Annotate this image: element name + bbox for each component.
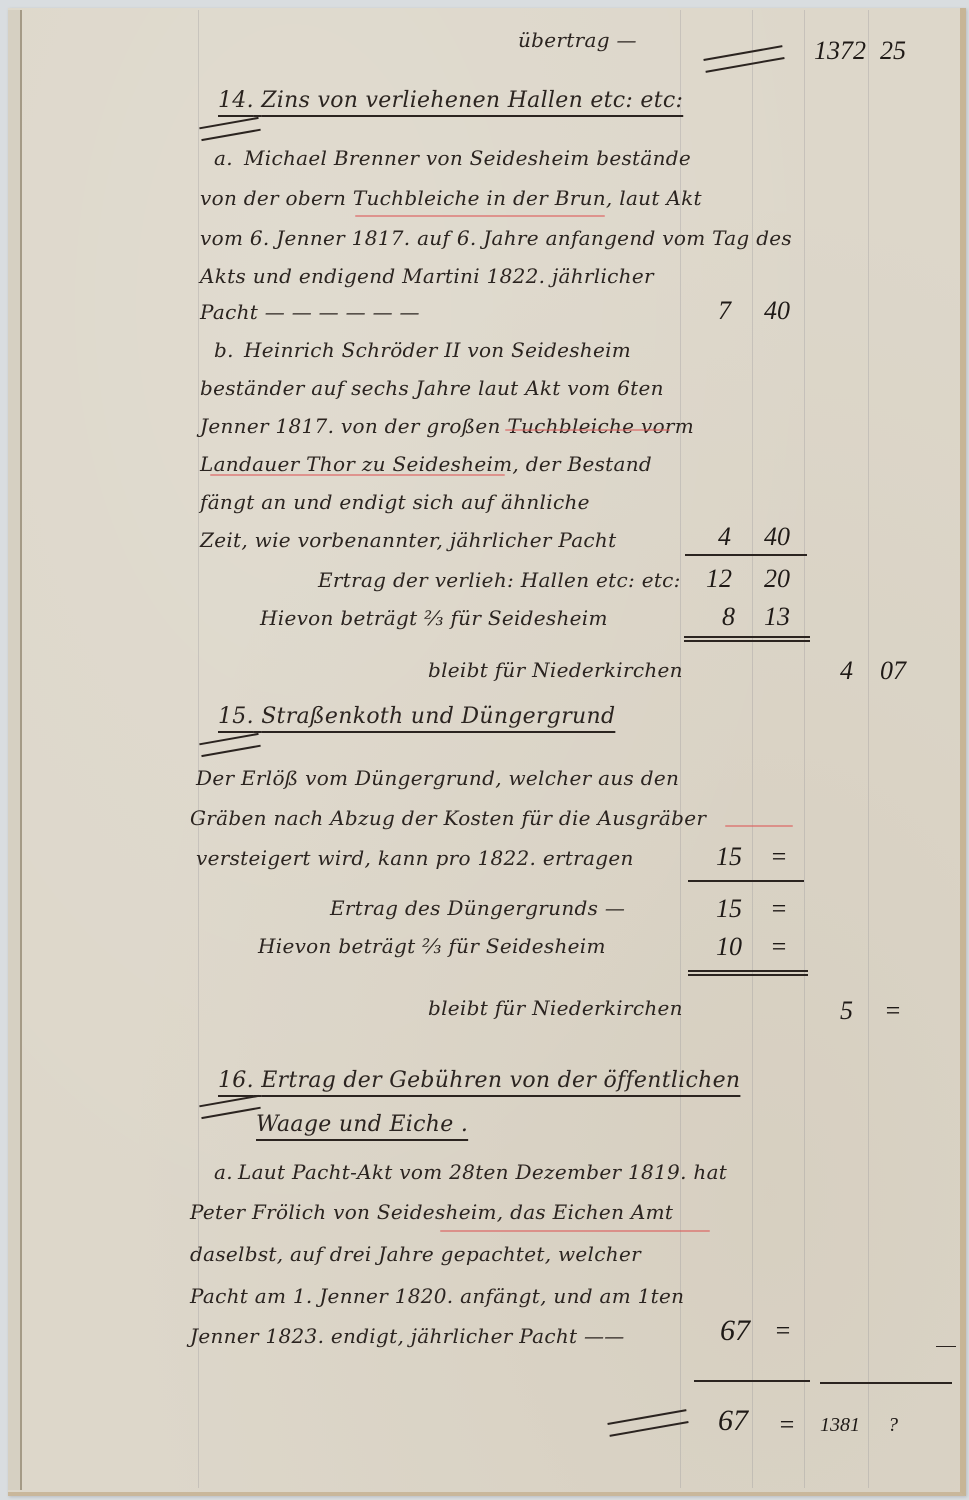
entry-16a-line: daselbst, auf drei Jahre gepachtet, welc… [190,1242,641,1266]
section-15-title: Straßenkoth und Düngergrund [261,704,615,729]
section-14-remainder-kr: 07 [880,656,906,686]
entry-15-fl: 15 [716,842,742,872]
entry-14b-line: beständer auf sechs Jahre laut Akt vom 6… [200,376,664,400]
section-15-subtotal-fl: 15 [716,894,742,924]
double-sum-rule [684,636,810,642]
entry-16a-fl: 67 [720,1314,750,1348]
section-14-heading: 14. Zins von verliehenen Hallen etc: etc… [218,88,683,113]
section-15-deduction-label: Hievon beträgt ⅔ für Seidesheim [258,934,606,958]
section-16-title-line2: Waage und Eiche . [256,1112,468,1137]
section-14-title: Zins von verliehenen Hallen etc: etc: [261,88,683,113]
entry-14b-fl: 4 [718,522,731,552]
entry-15-line: Gräben nach Abzug der Kosten für die Aus… [190,806,706,830]
running-total-fl: 1381 [820,1414,860,1437]
section-15-remainder-fl: 5 [840,996,853,1026]
tick-mark [936,1346,956,1347]
section-15-heading: 15. Straßenkoth und Düngergrund [218,704,615,729]
section-14-deduction-fl: 8 [722,602,735,632]
entry-14b-line: Landauer Thor zu Seidesheim, der Bestand [200,452,652,476]
red-underline-mark [210,474,505,476]
section-16-number: 16. [218,1068,254,1093]
section-16-total-fl: 67 [718,1404,748,1438]
entry-14a-line: Akts und endigend Martini 1822. jährlich… [200,264,654,288]
entry-14b-line: Heinrich Schröder II von Seidesheim [244,338,631,362]
carry-over-label: übertrag — [518,28,637,52]
red-underline-mark [440,1230,710,1232]
entry-16a-line: Laut Pacht-Akt vom 28ten Dezember 1819. … [238,1160,727,1184]
entry-14a-line: von der obern Tuchbleiche in der Brun, l… [200,186,702,210]
section-16-total-kr: = [778,1410,796,1440]
entry-16a-kr: = [774,1316,792,1346]
entry-15-line: versteigert wird, kann pro 1822. ertrage… [196,846,634,870]
section-16-title: Ertrag der Gebühren von der öffentlichen [261,1068,740,1093]
section-14-number: 14. [218,88,254,113]
entry-16a-line: Pacht am 1. Jenner 1820. anfängt, und am… [190,1284,684,1308]
entry-15-line: Der Erlöß vom Düngergrund, welcher aus d… [196,766,679,790]
section-14-deduction-kr: 13 [764,602,790,632]
entry-16a-line: Peter Frölich von Seidesheim, das Eichen… [190,1200,673,1224]
section-15-deduction-kr: = [770,932,788,962]
entry-16a-letter: a. [214,1160,233,1184]
entry-14b-line: Zeit, wie vorbenannter, jährlicher Pacht [200,528,616,552]
carry-over-kr: 25 [880,36,906,66]
section-14-remainder-label: bleibt für Niederkirchen [428,658,683,682]
entry-14a-line: vom 6. Jenner 1817. auf 6. Jahre anfange… [200,226,792,250]
sum-rule [820,1382,952,1384]
section-14-remainder-fl: 4 [840,656,853,686]
entry-15-kr: = [770,842,788,872]
section-15-remainder-label: bleibt für Niederkirchen [428,996,683,1020]
entry-14b-line: fängt an und endigt sich auf ähnliche [200,490,590,514]
section-15-number: 15. [218,704,254,729]
entry-14b-kr: 40 [764,522,790,552]
entry-14a-line: Michael Brenner von Seidesheim bestände [244,146,691,170]
section-16-heading: 16. Ertrag der Gebühren von der öffentli… [218,1068,740,1093]
sum-rule [694,1380,810,1382]
entry-14a-kr: 40 [764,296,790,326]
margin-line [198,10,199,1488]
section-14-subtotal-fl: 12 [706,564,732,594]
section-14-deduction-label: Hievon beträgt ⅔ für Seidesheim [260,606,608,630]
sum-rule [688,880,804,882]
entry-16a-line: Jenner 1823. endigt, jährlicher Pacht —— [190,1324,625,1348]
section-15-deduction-fl: 10 [716,932,742,962]
section-14-subtotal-label: Ertrag der verlieh: Hallen etc: etc: [318,568,681,592]
section-15-subtotal-kr: = [770,894,788,924]
running-total-kr: ? [888,1414,898,1437]
entry-14a-fl: 7 [718,296,731,326]
entry-14b-letter: b. [214,338,234,362]
section-15-remainder-kr: = [884,996,902,1026]
entry-14b-line: Jenner 1817. von der großen Tuchbleiche … [200,414,694,438]
carry-over-fl: 1372 [814,36,866,66]
double-sum-rule [688,970,808,976]
entry-14a-letter: a. [214,146,233,170]
entry-14a-line: Pacht — — — — — — [200,300,420,324]
column-line-total-fl [804,10,805,1488]
red-underline-mark [725,825,793,827]
red-underline-mark [505,429,670,431]
sum-rule [685,554,807,556]
binding-strip [8,10,22,1490]
column-line-total-kr [868,10,869,1488]
section-14-subtotal-kr: 20 [764,564,790,594]
red-underline-mark [355,215,605,217]
section-15-subtotal-label: Ertrag des Düngergrunds — [330,896,625,920]
